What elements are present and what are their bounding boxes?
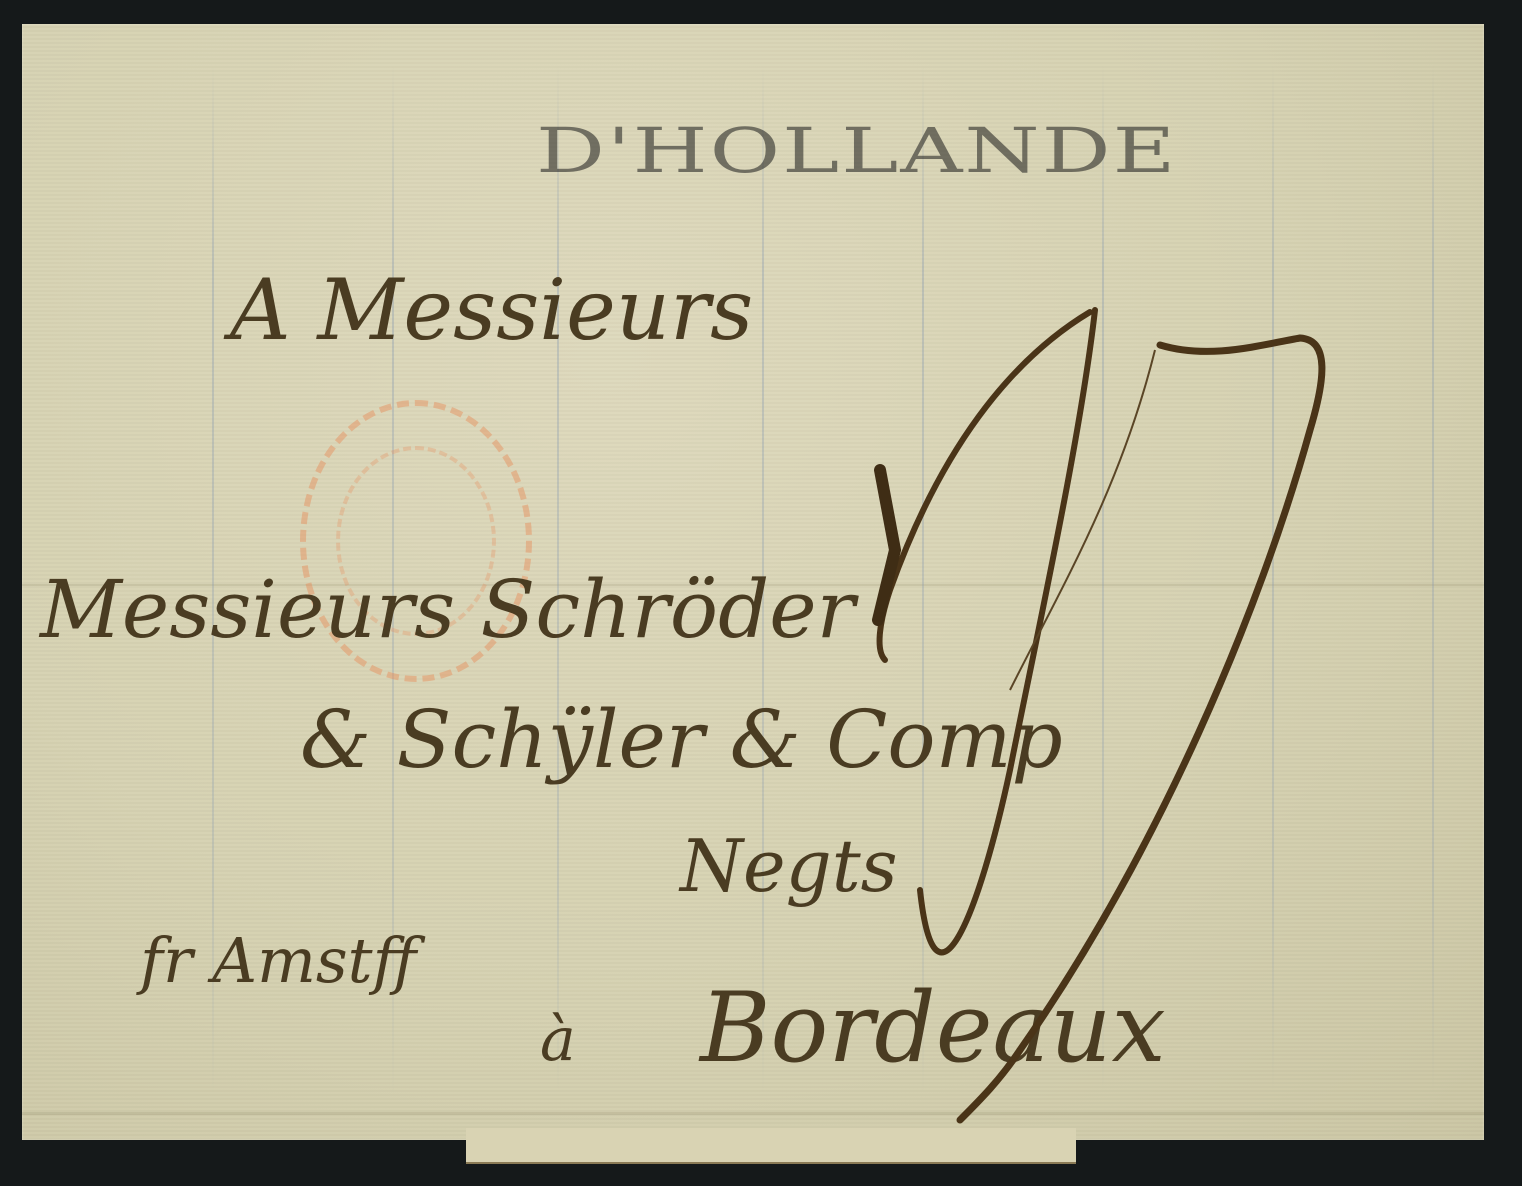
destination-prefix: à — [540, 1010, 576, 1070]
bottom-flap — [466, 1128, 1076, 1164]
addressee-line-1: Messieurs Schröder — [40, 570, 855, 650]
origin-handstamp: D'HOLLANDE — [536, 120, 1177, 182]
salutation-text: A Messieurs — [230, 268, 753, 352]
routing-note: fr Amstff — [140, 930, 417, 992]
manuscript-rate-marking — [860, 290, 1380, 1130]
guide-line — [1432, 64, 1434, 1094]
